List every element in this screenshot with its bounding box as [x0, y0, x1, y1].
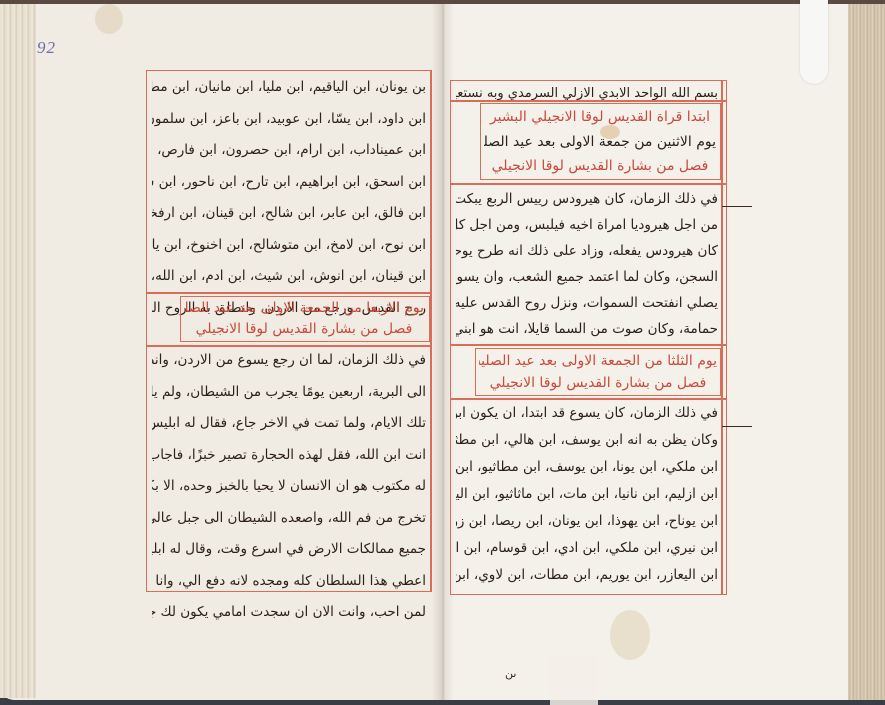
right-fore-edge	[848, 4, 885, 700]
margin-pointer-line	[722, 426, 752, 427]
folio-number: 92	[37, 38, 56, 58]
right-body-text-1: في ذلك الزمان، كان هيرودس رييس الربع يبك…	[456, 186, 718, 342]
rubric-line: يوم الثلثا من الجمعة الاولى بعد عيد الصل…	[479, 348, 717, 372]
text-line: ابن اسحق، ابن ابراهيم، ابن تارح، ابن ناح…	[152, 167, 426, 199]
text-line: بن يونان، ابن الياقيم، ابن مليا، ابن مان…	[152, 72, 426, 104]
left-fore-edge	[0, 4, 36, 698]
text-line: حمامة، وكان صوت من السما قايلا، انت هو ا…	[456, 316, 718, 342]
text-line: الى البرية، اربعين يومًا يجرب من الشيطان…	[152, 377, 426, 409]
title-line: ابتدا قراة القديس لوقا الانجيلي البشير	[484, 104, 716, 130]
stain	[95, 4, 123, 34]
rubric-top-rule	[450, 344, 727, 346]
text-line: كان هيرودس يفعله، وزاد على ذلك انه طرح ي…	[456, 238, 718, 264]
title-line: فصل من بشارة القديس لوقا الانجيلي	[484, 154, 716, 178]
text-line: ابن فالق، ابن عابر، ابن شالح، ابن قينان،…	[152, 198, 426, 230]
text-line: ابن ملكي، ابن يونا، ابن يوسف، ابن مطاثيو…	[456, 454, 718, 481]
stain	[610, 610, 650, 660]
text-line: لمن احب، وانت الان ان سجدت امامي يكون لك…	[152, 597, 426, 629]
text-line: في ذلك الزمان، كان هيرودس رييس الربع يبك…	[456, 186, 718, 212]
left-body-text: في ذلك الزمان، لما ان رجع يسوع من الاردن…	[152, 345, 426, 629]
text-line: ابن ازليم، ابن نانيا، ابن مات، ابن ماثاث…	[456, 481, 718, 508]
title-box-bottom-rule	[450, 183, 727, 185]
text-line: ابن نيري، ابن ملكي، ابن ادي، ابن قوسام، …	[456, 535, 718, 562]
text-line: ابن داود، ابن يسّا، ابن عوبيد، ابن باعز،…	[152, 104, 426, 136]
text-line: وكان يظن به انه ابن يوسف، ابن هالي، ابن …	[456, 427, 718, 454]
rubric-line: فصل من بشارة القديس لوقا الانجيلي	[184, 318, 424, 342]
text-line: تخرج من فم الله، واصعده الشيطان الى جبل …	[152, 503, 426, 535]
catchword: ىن	[505, 667, 516, 680]
text-line: له مكتوب هو ان الانسان لا يحيا بالخبز وح…	[152, 471, 426, 503]
text-line: ابن نوح، ابن لامخ، ابن متوشالح، ابن اخنو…	[152, 230, 426, 262]
text-line: في ذلك الزمان، كان يسوع قد ابتدا، ان يكو…	[456, 400, 718, 427]
margin-pointer-line	[722, 206, 752, 207]
rubric-line: يوم الاربعا من الجمعة الاولى بعد عيد الص…	[184, 294, 424, 318]
text-line: اعطي هذا السلطان كله ومجده لانه دفع الي،…	[152, 566, 426, 598]
text-line: ابن اليعازر، ابن يوريم، ابن مطات، ابن لا…	[456, 562, 718, 589]
text-line: السجن، وكان لما اعتمد جميع الشعب، وان يس…	[456, 264, 718, 290]
text-line: ابن يوناح، ابن يهوذا، ابن يونان، ابن ريص…	[456, 508, 718, 535]
right-body-text-2: في ذلك الزمان، كان يسوع قد ابتدا، ان يكو…	[456, 400, 718, 589]
right-rubric-heading: يوم الثلثا من الجمعة الاولى بعد عيد الصل…	[479, 348, 717, 396]
left-rubric-heading: يوم الاربعا من الجمعة الاولى بعد عيد الص…	[184, 294, 424, 342]
rubric-line: فصل من بشارة القديس لوقا الانجيلي	[479, 372, 717, 396]
text-line: من اجل هيروديا امراة اخيه فيلبس، ومن اجل…	[456, 212, 718, 238]
text-line: تلك الايام، ولما تمت في الاخر جاع، فقال …	[152, 408, 426, 440]
open-manuscript: 92 بن يونان، ابن الياقيم، ابن مليا، ابن …	[0, 0, 885, 705]
text-line: في ذلك الزمان، لما ان رجع يسوع من الاردن…	[152, 345, 426, 377]
text-line: يصلي انفتحت السموات، ونزل روح القدس عليه…	[456, 290, 718, 316]
right-title-heading: ابتدا قراة القديس لوقا الانجيلي البشير ي…	[484, 104, 716, 178]
text-line: جميع ممالكات الارض في اسرع وقت، وقال له …	[152, 534, 426, 566]
left-genealogy-text: بن يونان، ابن الياقيم، ابن مليا، ابن مان…	[152, 72, 426, 324]
text-line: ابن عميناداب، ابن ارام، ابن حصرون، ابن ف…	[152, 135, 426, 167]
bookmark-slip	[800, 0, 828, 84]
text-line: ابن قينان، ابن انوش، ابن شيث، ابن ادم، ا…	[152, 261, 426, 293]
title-line: يوم الاثنين من جمعة الاولى بعد عيد الصلي…	[484, 130, 716, 154]
paper-slip	[550, 656, 598, 705]
bismillah-rule	[450, 100, 727, 102]
text-line: انت ابن الله، فقل لهذه الحجارة تصير خبزً…	[152, 440, 426, 472]
right-frame-inner-rule	[721, 80, 723, 595]
